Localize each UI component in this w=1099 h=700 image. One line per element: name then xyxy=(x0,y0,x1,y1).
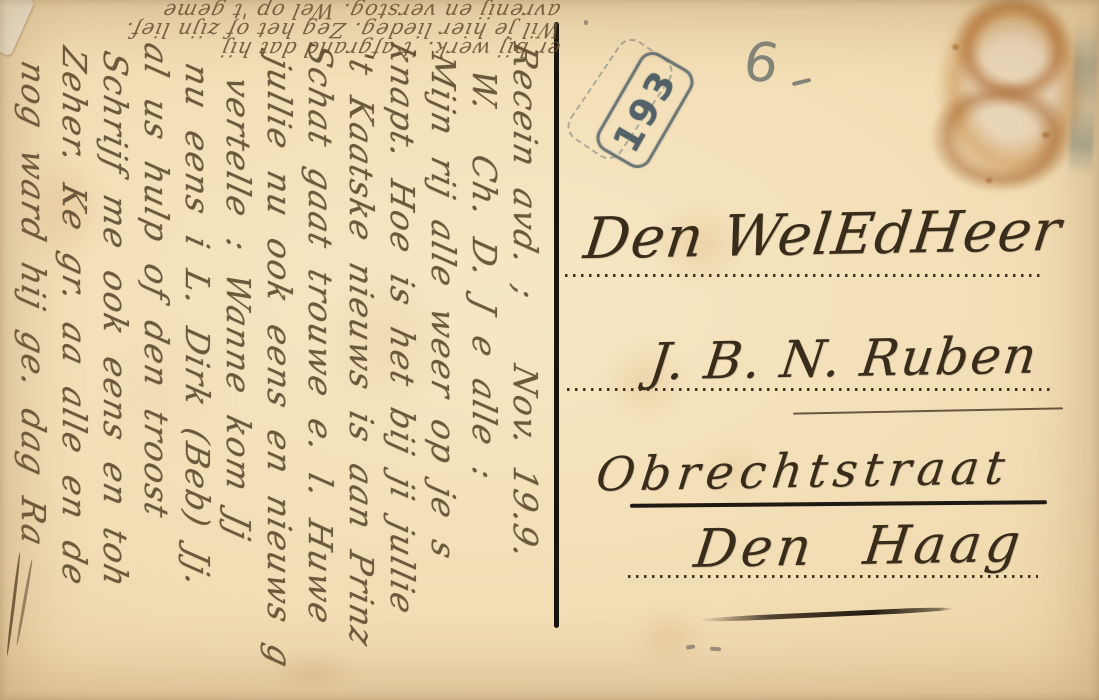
message-line: Zeher. Ke gr. aa alle en de xyxy=(54,39,95,699)
address-line-name: J. B. N. Ruben xyxy=(646,327,1042,393)
stain-ring-lower xyxy=(926,78,1076,196)
address-divider-line xyxy=(554,22,559,628)
pencil-dash xyxy=(792,78,811,86)
message-area: Recein avd. ; Nov. 19.9. W. Ch. D. J e a… xyxy=(10,44,546,694)
address-line-city: Den Haag xyxy=(691,513,1027,580)
message-line: nog ward hij ge. dag Ra xyxy=(13,39,54,699)
stain-fleck xyxy=(1042,132,1050,138)
ink-speck xyxy=(584,20,588,25)
gray-mark xyxy=(686,644,695,649)
gray-mark xyxy=(710,647,721,651)
message-rotated-block: Recein avd. ; Nov. 19.9. W. Ch. D. J e a… xyxy=(10,44,546,694)
message-line: nu eens i L. Dirk (Beb) Jj. xyxy=(177,39,218,699)
message-line: Schat gaat trouwe e. l. Huwe xyxy=(300,39,341,699)
message-flipped-block: er bij werk. 't afgrand dat hij Wil je h… xyxy=(4,0,560,58)
message-line: al us hulp of den troost xyxy=(136,39,177,699)
postmark: 193 xyxy=(577,46,707,170)
pen-underline-street xyxy=(630,500,1047,507)
stain-core xyxy=(934,0,1092,190)
pen-underline-name xyxy=(793,407,1063,414)
address-line-street: Obrechtstraat xyxy=(593,440,1014,502)
stamp-removal-stain xyxy=(922,0,1099,204)
address-rule-1 xyxy=(565,274,1041,277)
message-line: jullie nu ook eens en nieuws g xyxy=(259,39,300,699)
message-line: W. Ch. D. J e alle : xyxy=(464,39,505,699)
pencil-digit: 6 xyxy=(739,35,783,92)
stain-ring-upper xyxy=(950,0,1076,108)
message-line: vertelle : Wanne kom Jj xyxy=(218,39,259,699)
postmark-ink-smudge xyxy=(1068,19,1099,176)
message-line: Mijn rij alle weer op je s xyxy=(423,39,464,699)
address-line-salutation: Den WelEdHeer xyxy=(580,198,1065,272)
message-line: Recein avd. ; Nov. 19.9. xyxy=(505,39,546,699)
message-line: 't Kaatske nieuws is aan Prinz xyxy=(341,39,382,699)
message-flipped-line: avrenij en verstog. Wel op 't geme xyxy=(2,1,562,20)
stain-fleck xyxy=(986,178,992,183)
message-line: Schrijf me ook eens en toh xyxy=(95,39,136,699)
message-line: knapt. Hoe is het bij ji jullie xyxy=(382,39,423,699)
stain-fleck xyxy=(952,44,959,50)
pencil-note: 6 xyxy=(744,36,824,100)
pen-underline-city xyxy=(698,606,954,623)
stain-round-4 xyxy=(620,598,716,676)
postcard-back: 193 6 Den WelEdHeer J. B. N. Ruben Obrec… xyxy=(0,0,1099,700)
